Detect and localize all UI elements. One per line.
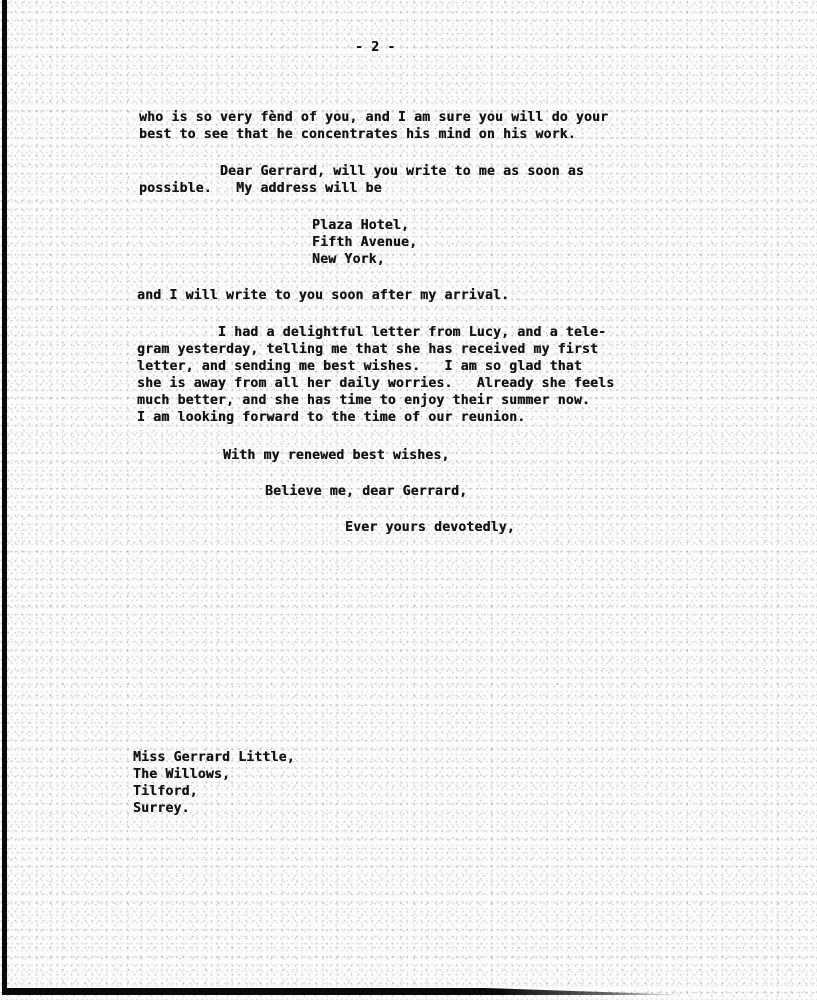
recipient-line: The Willows, [133, 767, 230, 783]
scan-edge-bottom [2, 988, 692, 995]
closing-line: Believe me, dear Gerrard, [265, 484, 467, 500]
body-line: letter, and sending me best wishes. I am… [137, 359, 582, 375]
address-line: Plaza Hotel, [312, 218, 409, 234]
body-line: she is away from all her daily worries. … [137, 376, 614, 392]
body-line: best to see that he concentrates his min… [139, 127, 576, 143]
recipient-line: Surrey. [133, 801, 190, 817]
address-line: New York, [312, 252, 385, 268]
recipient-line: Miss Gerrard Little, [133, 750, 295, 766]
document-page: - 2 - who is so very fènd of you, and I … [0, 0, 817, 1000]
address-line: Fifth Avenue, [312, 235, 417, 251]
closing-line: With my renewed best wishes, [223, 448, 450, 464]
body-line: and I will write to you soon after my ar… [137, 288, 509, 304]
body-line: Dear Gerrard, will you write to me as so… [139, 164, 584, 180]
page-number: - 2 - [355, 40, 395, 56]
body-line: I am looking forward to the time of our … [137, 410, 525, 426]
body-line: much better, and she has time to enjoy t… [137, 393, 590, 409]
recipient-line: Tilford, [133, 784, 198, 800]
body-line: possible. My address will be [139, 181, 382, 197]
scan-edge-left [2, 0, 7, 995]
body-line: gram yesterday, telling me that she has … [137, 342, 598, 358]
body-line: I had a delightful letter from Lucy, and… [137, 325, 606, 341]
body-line: who is so very fènd of you, and I am sur… [139, 110, 608, 126]
signature-closing: Ever yours devotedly, [345, 520, 515, 536]
